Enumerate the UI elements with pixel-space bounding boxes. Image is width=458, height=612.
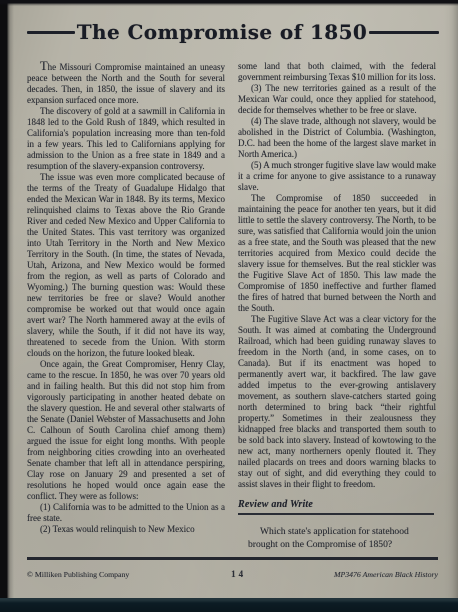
product-code-number: MP3476 [334, 570, 361, 579]
page-number: 14 [231, 569, 246, 579]
resolution-item-5: (5) A much stronger fugitive slave law w… [238, 160, 436, 193]
scan-edge-left [0, 0, 14, 612]
left-column: The Missouri Compromise maintained an un… [27, 61, 225, 551]
resolution-item-2-continued: some land that both claimed, with the fe… [238, 61, 436, 83]
publisher-credit: © Milliken Publishing Company [27, 570, 129, 579]
body-columns: The Missouri Compromise maintained an un… [27, 61, 436, 551]
title-rule-right [369, 31, 439, 34]
review-and-write-section: Review and Write Which state's applicati… [238, 499, 436, 551]
right-column: some land that both claimed, with the fe… [238, 61, 436, 551]
henry-clay-paragraph: Once again, the Great Compromiser, Henry… [27, 359, 225, 502]
page-title: The Compromise of 1850 [77, 20, 367, 44]
review-question: Which state's application for statehood … [248, 526, 424, 551]
page-content: The Compromise of 1850 The Missouri Comp… [14, 6, 452, 598]
compromise-outcome-paragraph: The Compromise of 1850 succeeded in main… [238, 193, 436, 314]
resolution-item-2: (2) Texas would relinquish to New Mexico [27, 524, 225, 535]
title-row: The Compromise of 1850 [24, 20, 442, 44]
product-code: MP3476 American Black History [334, 570, 438, 579]
series-title: American Black History [363, 570, 438, 579]
resolution-item-3: (3) The new territories gained as a resu… [238, 83, 436, 116]
treaty-paragraph: The issue was even more complicated beca… [27, 172, 225, 359]
page-footer: © Milliken Publishing Company 14 MP3476 … [27, 564, 438, 584]
review-heading-rule [238, 513, 434, 515]
title-rule-left [27, 31, 75, 34]
resolution-item-4: (4) The slave trade, although not slaver… [238, 116, 436, 160]
resolution-item-1: (1) California was to be admitted to the… [27, 502, 225, 524]
fugitive-slave-act-paragraph: The Fugitive Slave Act was a clear victo… [238, 314, 436, 490]
footer-rule [27, 557, 438, 560]
review-heading: Review and Write [238, 499, 436, 510]
intro-paragraph: The Missouri Compromise maintained an un… [27, 61, 225, 106]
gold-rush-paragraph: The discovery of gold at a sawmill in Ca… [27, 106, 225, 172]
scan-edge-bottom [0, 598, 458, 612]
scan-edge-top [0, 0, 458, 6]
scanned-page: The Compromise of 1850 The Missouri Comp… [0, 0, 458, 612]
